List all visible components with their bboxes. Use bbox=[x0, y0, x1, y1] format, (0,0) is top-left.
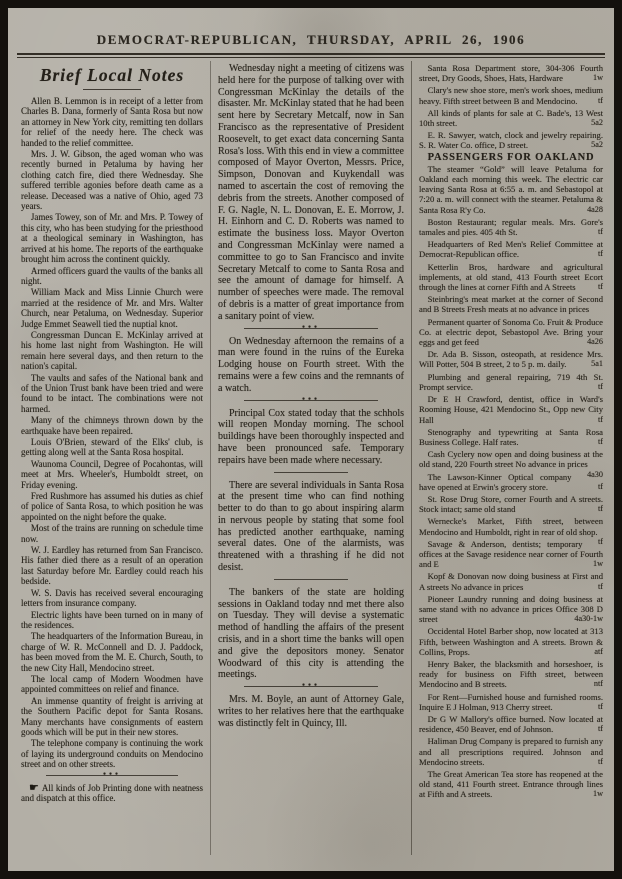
article-block: There are several individuals in Santa R… bbox=[218, 480, 404, 585]
classified-ads-list: Santa Rosa Department store, 304-306 Fou… bbox=[419, 63, 603, 800]
ad-tag: tf bbox=[582, 249, 603, 259]
classified-ad: Ketterlin Bros, hardware and agricultura… bbox=[419, 262, 603, 293]
ad-text: Savage & Anderson, dentists; temporary o… bbox=[419, 539, 603, 569]
classified-ad: For Rent—Furnished house and furnished r… bbox=[419, 692, 603, 712]
ad-tag: tf bbox=[582, 702, 603, 712]
ad-tag: tf bbox=[582, 227, 603, 237]
classified-ad: The Great American Tea store has reopene… bbox=[419, 769, 603, 800]
column-middle: Wednesday night a meeting of citizens wa… bbox=[210, 61, 411, 855]
article-paragraph: Mrs. M. Boyle, an aunt of Attorney Gale,… bbox=[218, 694, 404, 729]
ad-tag: tf bbox=[582, 504, 603, 514]
news-paragraph: An immense quantity of freight is arrivi… bbox=[21, 696, 203, 738]
news-paragraph: W. S. Davis has received several encoura… bbox=[21, 588, 203, 609]
news-paragraph: Mrs. J. W. Gibson, the aged woman who wa… bbox=[21, 149, 203, 211]
ad-text: Clary's new shoe store, men's work shoes… bbox=[419, 85, 603, 105]
section-divider bbox=[218, 682, 404, 692]
ad-tag: tf bbox=[582, 537, 603, 547]
ad-text: Occidental Hotel Barber shop, now locate… bbox=[419, 626, 603, 656]
news-paragraph: The headquarters of the Information Bure… bbox=[21, 631, 203, 673]
article-paragraph: Wednesday night a meeting of citizens wa… bbox=[218, 63, 404, 323]
news-paragraph: Fred Rushmore has assumed his duties as … bbox=[21, 491, 203, 522]
news-paragraph: Many of the chimneys thrown down by the … bbox=[21, 415, 203, 436]
pointing-hand-icon: ☛ bbox=[29, 782, 39, 794]
ad-text: Headquarters of Red Men's Relief Committ… bbox=[419, 239, 603, 259]
classified-ad: Pioneer Laundry running and doing busine… bbox=[419, 594, 603, 625]
article-paragraph: There are several individuals in Santa R… bbox=[218, 480, 404, 574]
ad-text: The Lawson-Kinner Optical company have o… bbox=[419, 472, 571, 492]
ad-tag: tf bbox=[582, 724, 603, 734]
news-paragraph: James Towey, son of Mr. and Mrs. P. Towe… bbox=[21, 212, 203, 264]
ad-tag: tf bbox=[582, 582, 603, 592]
classified-ad: Dr G W Mallory's office burned. Now loca… bbox=[419, 714, 603, 734]
news-paragraph: The local camp of Modern Woodmen have ap… bbox=[21, 674, 203, 695]
notice-text: All kinds of Job Printing done with neat… bbox=[21, 783, 203, 803]
ad-text: Dr G W Mallory's office burned. Now loca… bbox=[419, 714, 603, 734]
news-paragraph: Allen B. Lemmon is in receipt of a lette… bbox=[21, 96, 203, 148]
article-block: Wednesday night a meeting of citizens wa… bbox=[218, 63, 404, 334]
news-paragraph: William Mack and Miss Linnie Church were… bbox=[21, 287, 203, 329]
ad-tag: tf bbox=[582, 482, 603, 492]
ad-tag: 5a2 bbox=[576, 140, 603, 150]
classified-ad: Headquarters of Red Men's Relief Committ… bbox=[419, 239, 603, 259]
ad-tag: tf bbox=[582, 757, 603, 767]
ad-tag: 1w bbox=[577, 559, 603, 569]
ad-tag: 1w bbox=[577, 789, 603, 799]
section-title: Brief Local Notes bbox=[21, 65, 203, 86]
section-divider bbox=[218, 396, 404, 406]
section-divider bbox=[21, 771, 203, 781]
ad-text: For Rent—Furnished house and furnished r… bbox=[419, 692, 603, 712]
classified-ad: Dr E H Crawford, dentist, office in Ward… bbox=[419, 394, 603, 425]
column-layout: Brief Local Notes Allen B. Lemmon is in … bbox=[17, 61, 605, 855]
article-block: The bankers of the state are holding ses… bbox=[218, 587, 404, 692]
ad-text: Boston Restaurant; regular meals. Mrs. G… bbox=[419, 217, 603, 237]
ad-tag: tf bbox=[582, 282, 603, 292]
ad-text: The Great American Tea store has reopene… bbox=[419, 769, 603, 799]
classified-ad: Dr. Ada B. Sisson, osteopath, at residen… bbox=[419, 349, 603, 369]
ad-text: Santa Rosa Department store, 304-306 Fou… bbox=[419, 63, 603, 83]
masthead-double-rule bbox=[17, 53, 605, 58]
ad-text: Haliman Drug Company is prepared to furn… bbox=[419, 736, 603, 766]
ad-tag: 1w bbox=[577, 73, 603, 83]
classified-ad: Savage & Anderson, dentists; temporary o… bbox=[419, 539, 603, 570]
heading-rule bbox=[83, 89, 141, 90]
ad-text: Ketterlin Bros, hardware and agricultura… bbox=[419, 262, 603, 292]
ad-text: St. Rose Drug Store, corner Fourth and A… bbox=[419, 494, 603, 514]
classified-ad: Stenography and typewriting at Santa Ros… bbox=[419, 427, 603, 447]
column-left: Brief Local Notes Allen B. Lemmon is in … bbox=[17, 61, 210, 855]
ad-tag: tf bbox=[582, 382, 603, 392]
ad-tag: 4a30-1w bbox=[559, 614, 603, 624]
column-right: Santa Rosa Department store, 304-306 Fou… bbox=[411, 61, 605, 855]
footer-divider-wrap bbox=[21, 771, 203, 781]
classified-ad: Kopf & Donovan now doing business at Fir… bbox=[419, 571, 603, 591]
ad-text: Wernecke's Market, Fifth street, between… bbox=[419, 516, 603, 536]
classified-ad: St. Rose Drug Store, corner Fourth and A… bbox=[419, 494, 603, 514]
news-paragraph: The telephone company is continuing the … bbox=[21, 738, 203, 769]
ad-tag: ntf bbox=[578, 679, 603, 689]
news-paragraph: The vaults and safes of the National ban… bbox=[21, 373, 203, 415]
ad-text: Dr E H Crawford, dentist, office in Ward… bbox=[419, 394, 603, 424]
section-divider bbox=[218, 575, 404, 585]
ad-tag: 4a26 bbox=[571, 337, 603, 347]
classified-ad: E. R. Sawyer, watch, clock and jewelry r… bbox=[419, 130, 603, 150]
news-paragraph: Electric lights have been turned on in m… bbox=[21, 610, 203, 631]
ad-text: Steinbring's meat market at the corner o… bbox=[419, 294, 603, 314]
classified-ad: Santa Rosa Department store, 304-306 Fou… bbox=[419, 63, 603, 83]
article-block: Principal Cox stated today that the schh… bbox=[218, 408, 404, 478]
classified-ad: Wernecke's Market, Fifth street, between… bbox=[419, 516, 603, 536]
news-paragraph: Louis O'Brien, steward of the Elks' club… bbox=[21, 437, 203, 458]
ad-tag: tf bbox=[582, 437, 603, 447]
classified-ad: Occidental Hotel Barber shop, now locate… bbox=[419, 626, 603, 657]
article-paragraph: On Wednesday afternoon the remains of a … bbox=[218, 336, 404, 395]
article-block: On Wednesday afternoon the remains of a … bbox=[218, 336, 404, 406]
news-paragraph: Armed officers guard the vaults of the b… bbox=[21, 266, 203, 287]
section-divider bbox=[218, 468, 404, 478]
classified-ad: The steamer “Gold” will leave Petaluma f… bbox=[419, 164, 603, 215]
classified-ad: Boston Restaurant; regular meals. Mrs. G… bbox=[419, 217, 603, 237]
news-paragraph: Most of the trains are running on schedu… bbox=[21, 523, 203, 544]
section-divider bbox=[218, 324, 404, 334]
ad-tag: atf bbox=[579, 647, 603, 657]
ad-tag: tf bbox=[582, 415, 603, 425]
article-paragraph: The bankers of the state are holding ses… bbox=[218, 587, 404, 681]
ad-tag: 4a30 bbox=[571, 470, 603, 480]
classified-ad: Haliman Drug Company is prepared to furn… bbox=[419, 736, 603, 767]
news-articles-list: Wednesday night a meeting of citizens wa… bbox=[218, 63, 404, 730]
classified-ad: Steinbring's meat market at the corner o… bbox=[419, 294, 603, 314]
ad-tag: 5a1 bbox=[576, 359, 603, 369]
classified-ad: Henry Baker, the blacksmith and horsesho… bbox=[419, 659, 603, 690]
job-printing-notice: ☛All kinds of Job Printing done with nea… bbox=[21, 783, 203, 804]
ad-text: Plumbing and general repairing, 719 4th … bbox=[419, 372, 603, 392]
news-paragraph: Congressman Duncan E. McKinlay arrived a… bbox=[21, 330, 203, 372]
classified-ad: Clary's new shoe store, men's work shoes… bbox=[419, 85, 603, 105]
classified-ad: Cash Cyclery now open and doing business… bbox=[419, 449, 603, 469]
ad-text: Stenography and typewriting at Santa Ros… bbox=[419, 427, 603, 447]
masthead: DEMOCRAT-REPUBLICAN, THURSDAY, APRIL 26,… bbox=[17, 12, 605, 48]
article-block: Mrs. M. Boyle, an aunt of Attorney Gale,… bbox=[218, 694, 404, 729]
ad-tag: 5a2 bbox=[576, 118, 603, 128]
ad-text: Kopf & Donovan now doing business at Fir… bbox=[419, 571, 603, 591]
ad-text: Henry Baker, the blacksmith and horsesho… bbox=[419, 659, 603, 689]
brief-notes-list: Allen B. Lemmon is in receipt of a lette… bbox=[21, 96, 203, 770]
classified-ad: PASSENGERS FOR OAKLAND bbox=[419, 153, 603, 163]
news-paragraph: Waunoma Council, Degree of Pocahontas, w… bbox=[21, 459, 203, 490]
newspaper-page: DEMOCRAT-REPUBLICAN, THURSDAY, APRIL 26,… bbox=[0, 0, 622, 879]
newsprint-sheet: DEMOCRAT-REPUBLICAN, THURSDAY, APRIL 26,… bbox=[8, 8, 614, 871]
classified-ad: Plumbing and general repairing, 719 4th … bbox=[419, 372, 603, 392]
article-paragraph: Principal Cox stated today that the schh… bbox=[218, 408, 404, 467]
ad-text: PASSENGERS FOR OAKLAND bbox=[428, 152, 595, 163]
ad-tag: 4a28 bbox=[571, 205, 603, 215]
news-paragraph: W. J. Eardley has returned from San Fran… bbox=[21, 545, 203, 587]
ad-text: Cash Cyclery now open and doing business… bbox=[419, 449, 603, 469]
classified-ad: Permanent quarter of Sonoma Co. Fruit & … bbox=[419, 317, 603, 348]
ad-tag: tf bbox=[582, 96, 603, 106]
classified-ad: All kinds of plants for sale at C. Bade'… bbox=[419, 108, 603, 128]
